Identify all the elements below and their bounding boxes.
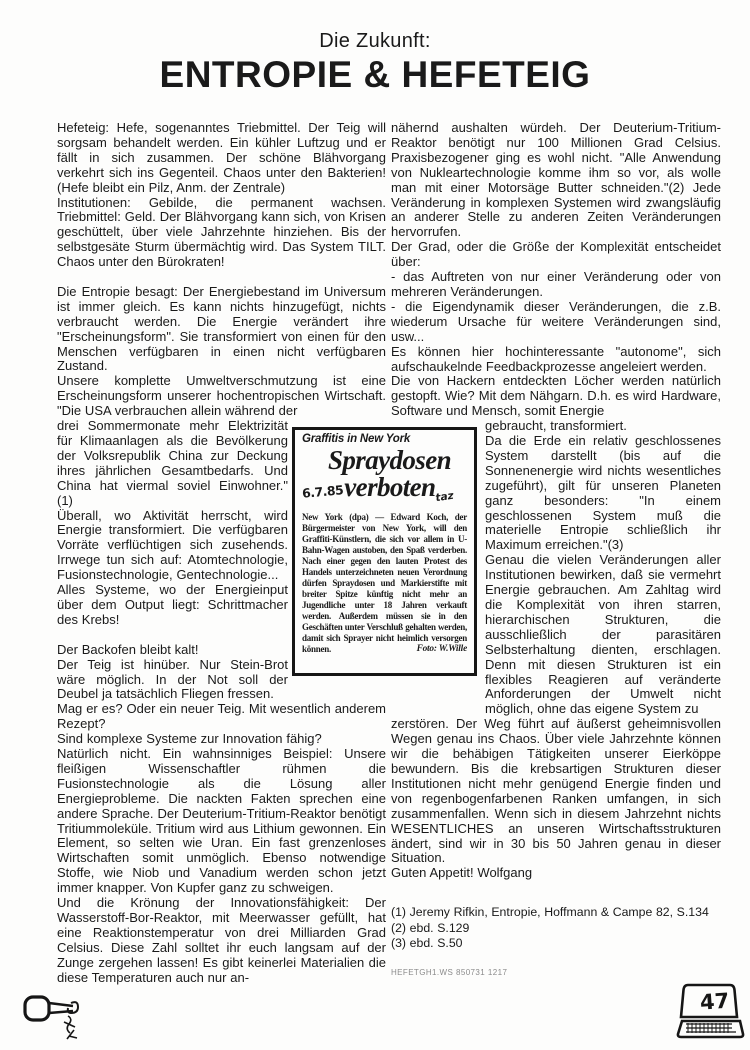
paragraph: Institutionen: Gebilde, die permanent wa…: [57, 196, 386, 271]
right-wide-top-segment: nähernd aushalten würdeh. Der Deuterium-…: [391, 121, 721, 419]
newspaper-clipping: Graffitis in New York Spraydosen 6.7.85 …: [292, 427, 477, 676]
paragraph: Die Entropie besagt: Der Energiebestand …: [57, 285, 386, 374]
footnote: (1) Jeremy Rifkin, Entropie, Hoffmann & …: [391, 905, 721, 921]
paragraph: - die Eigendynamik dieser Veränderungen,…: [391, 300, 721, 345]
paragraph: - das Auftreten von nur einer Veränderun…: [391, 270, 721, 300]
paragraph: Der Teig ist hinüber. Nur Stein-Brot wär…: [57, 658, 288, 703]
file-tag: HEFETGH1.WS 850731 1217: [391, 966, 721, 981]
page-number: 47: [699, 989, 730, 1015]
paragraph: Überall, wo Aktivität herrscht, wird Ene…: [57, 509, 288, 584]
paragraph: Hefeteig: Hefe, sogenanntes Triebmittel.…: [57, 121, 386, 196]
paragraph: gebraucht, transformiert.: [485, 419, 721, 434]
paragraph: nähernd aushalten würdeh. Der Deuterium-…: [391, 121, 721, 240]
footnote: (2) ebd. S.129: [391, 921, 721, 937]
computer-page-doodle-icon: 47: [676, 982, 746, 1049]
paragraph: Alles Systeme, wo der Energieinput über …: [57, 583, 288, 628]
paragraph: drei Sommermonate mehr Elektrizität für …: [57, 419, 288, 508]
left-narrow-segment: drei Sommermonate mehr Elektrizität für …: [57, 419, 288, 702]
paragraph: Da die Erde ein relativ geschlossenes Sy…: [485, 434, 721, 553]
paragraph: Der Grad, oder die Größe der Komplexität…: [391, 240, 721, 270]
handwritten-date: 6.7.85: [301, 476, 344, 506]
footnote: (3) ebd. S.50: [391, 936, 721, 952]
right-narrow-segment: gebraucht, transformiert. Da die Erde ei…: [485, 419, 721, 717]
paragraph: Der Backofen bleibt kalt!: [57, 643, 288, 658]
clipping-headline-line1: Spraydosen: [302, 446, 467, 474]
clipping-kicker: Graffitis in New York: [302, 433, 467, 445]
footnotes: (1) Jeremy Rifkin, Entropie, Hoffmann & …: [391, 905, 721, 952]
paragraph: Mag er es? Oder ein neuer Teig. Mit wese…: [57, 702, 386, 732]
paragraph: Die von Hackern entdeckten Löcher werden…: [391, 374, 721, 419]
left-wide-top-segment: Hefeteig: Hefe, sogenanntes Triebmittel.…: [57, 121, 386, 419]
magazine-page: Die Zukunft: ENTROPIE & HEFETEIG Hefetei…: [0, 0, 750, 1050]
masthead: Die Zukunft: ENTROPIE & HEFETEIG: [0, 30, 750, 96]
right-wide-bottom-segment: zerstören. Der Weg führt auf äußerst geh…: [391, 717, 721, 881]
clipping-headline-line2: 6.7.85 verboten taz: [302, 474, 467, 507]
left-wide-bottom-segment: Mag er es? Oder ein neuer Teig. Mit wese…: [57, 702, 386, 985]
paragraph: Sind komplexe Systeme zur Innovation fäh…: [57, 732, 386, 747]
paragraph: Guten Appetit! Wolfgang: [391, 866, 721, 881]
page-title: ENTROPIE & HEFETEIG: [0, 54, 750, 96]
paragraph: Unsere komplette Umweltverschmutzung ist…: [57, 374, 386, 419]
paragraph: Und die Krönung der Innovationsfähigkeit…: [57, 896, 386, 985]
handwritten-source: taz: [434, 483, 456, 512]
spray-stamp-doodle-icon: [22, 986, 84, 1049]
paragraph: Es können hier hochinteressante "autonom…: [391, 345, 721, 375]
paragraph: Genau die vielen Veränderungen aller Ins…: [485, 553, 721, 717]
clipping-body: New York (dpa) — Edward Koch, der Bürger…: [302, 512, 467, 655]
clipping-headline-word: verboten: [344, 474, 435, 501]
paragraph: zerstören. Der Weg führt auf äußerst geh…: [391, 717, 721, 866]
paragraph: Natürlich nicht. Ein wahnsinniges Beispi…: [57, 747, 386, 896]
kicker: Die Zukunft:: [0, 30, 750, 53]
